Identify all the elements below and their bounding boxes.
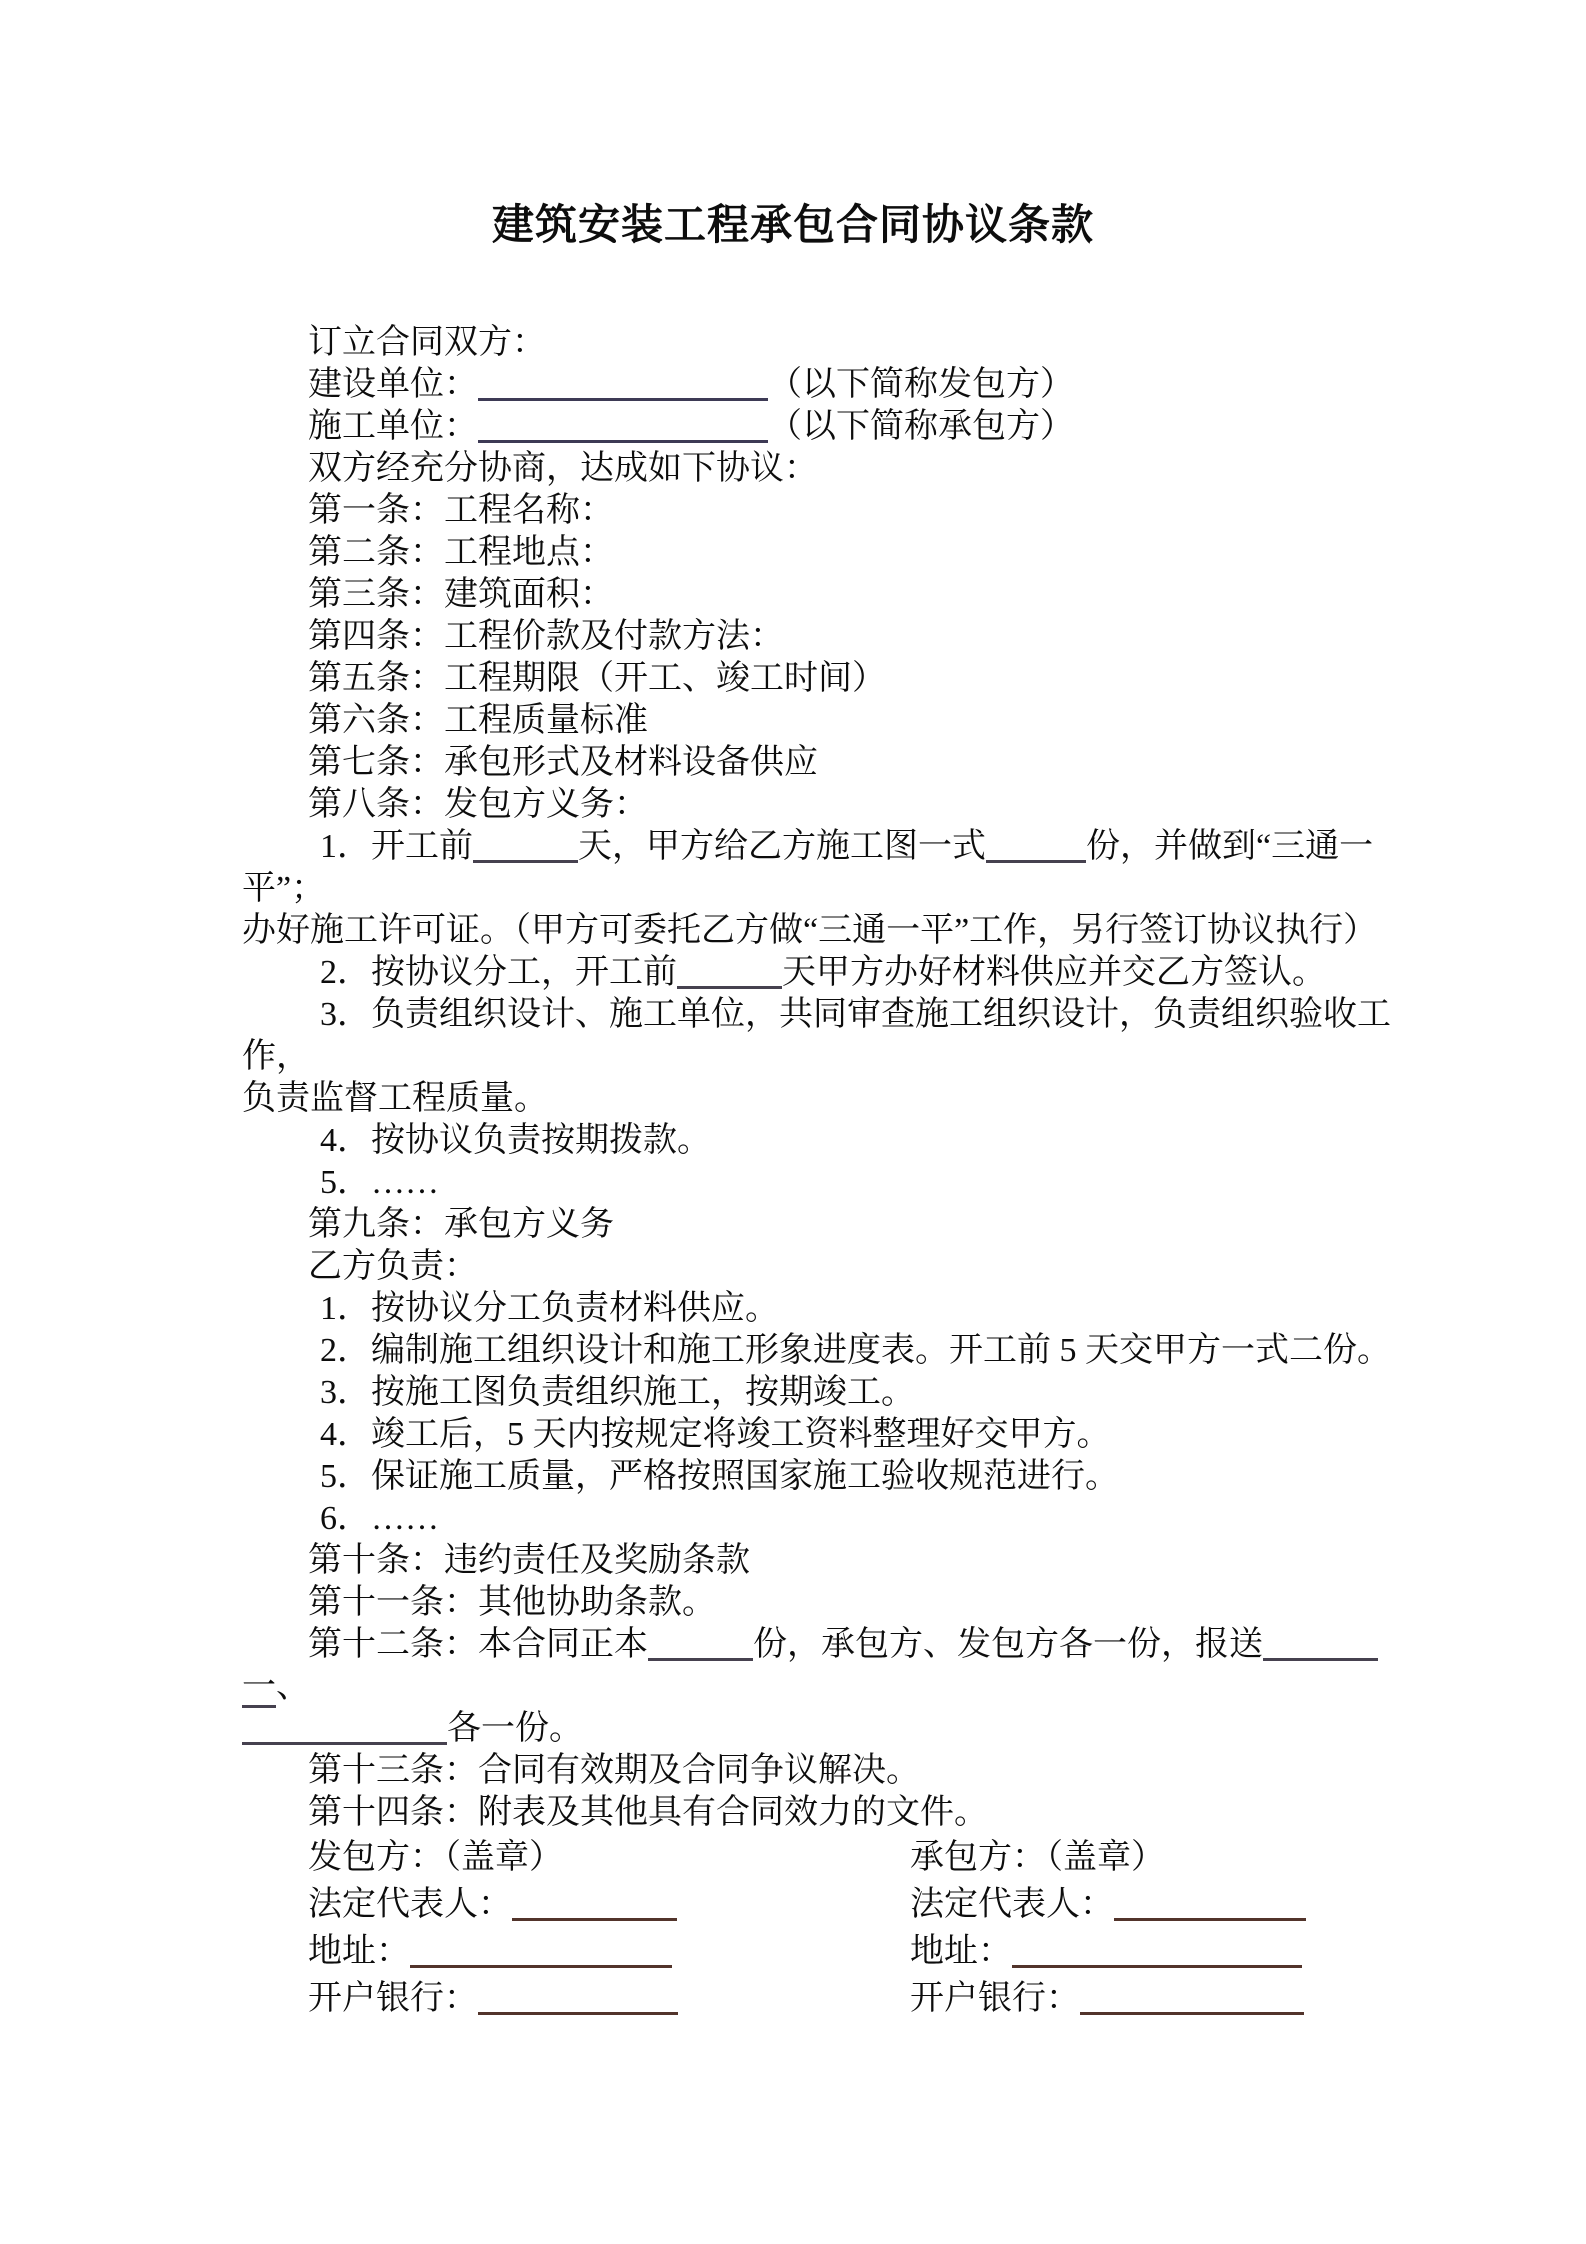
fill-in-blank — [478, 2012, 678, 2015]
fill-in-blank — [242, 1742, 447, 1745]
doc-line: 各一份。 — [242, 1708, 1572, 1750]
text-run: 第一条：工程名称： — [308, 492, 614, 529]
doc-line: 第一条：工程名称： — [242, 490, 1572, 532]
doc-line: 办好施工许可证。（甲方可委托乙方做“三通一平”工作，另行签订协议执行） — [242, 910, 1572, 952]
signature-left: 开户银行： — [242, 1975, 678, 2022]
doc-line: 4．按协议负责按期拨款。 — [242, 1120, 1572, 1162]
doc-line: 4．竣工后，5 天内按规定将竣工资料整理好交甲方。 — [242, 1414, 1572, 1456]
text-run: 双方经充分协商，达成如下协议： — [308, 450, 818, 487]
doc-line: 6．…… — [242, 1498, 1572, 1540]
doc-line: 第四条：工程价款及付款方法： — [242, 616, 1572, 658]
doc-line: 2．按协议分工，开工前天甲方办好材料供应并交乙方签认。 — [242, 952, 1572, 994]
text-run: 天甲方办好材料供应并交乙方签认。 — [782, 954, 1326, 991]
text-run: 5．…… — [320, 1164, 439, 1201]
signature-row: 开户银行：开户银行： — [242, 1975, 1572, 2022]
doc-line: 施工单位：（以下简称承包方） — [242, 406, 1572, 448]
text-run: 份，并做到“三通一 — [1086, 828, 1373, 865]
text-run: 平”； — [242, 870, 325, 907]
fill-in-blank — [1114, 1918, 1306, 1921]
text-run: 开户银行： — [910, 1980, 1080, 2017]
doc-line: 1．开工前天，甲方给乙方施工图一式份，并做到“三通一 — [242, 826, 1572, 868]
text-run: 各一份。 — [447, 1710, 583, 1747]
fill-in-blank — [648, 1658, 753, 1661]
fill-in-blank — [1012, 1965, 1302, 1968]
text-run: 负责监督工程质量。 — [242, 1080, 548, 1117]
text-run: 第十二条：本合同正本 — [308, 1626, 648, 1663]
text-run: 份，承包方、发包方各一份，报送 — [753, 1626, 1263, 1663]
signature-row: 地址：地址： — [242, 1928, 1572, 1975]
text-run: 2．按协议分工，开工前 — [320, 954, 677, 991]
doc-line: 第十一条：其他协助条款。 — [242, 1582, 1572, 1624]
underlined-text: 一 — [242, 1669, 276, 1708]
text-run: 作， — [242, 1038, 310, 1075]
text-run: 施工单位： — [308, 408, 478, 445]
doc-line: 平”； — [242, 868, 1572, 910]
text-run: 第三条：建筑面积： — [308, 576, 614, 613]
doc-line: 第三条：建筑面积： — [242, 574, 1572, 616]
text-run: 乙方负责： — [308, 1248, 478, 1285]
doc-line: 第十二条：本合同正本份，承包方、发包方各一份，报送 — [242, 1624, 1572, 1666]
text-run: 第九条：承包方义务 — [308, 1206, 614, 1243]
document-body: 订立合同双方：建设单位：（以下简称发包方）施工单位：（以下简称承包方）双方经充分… — [242, 322, 1572, 2022]
doc-line: 一、 — [242, 1666, 1572, 1708]
signature-row: 法定代表人：法定代表人： — [242, 1881, 1572, 1928]
text-run: 第二条：工程地点： — [308, 534, 614, 571]
fill-in-blank — [473, 860, 578, 863]
signature-left: 地址： — [242, 1928, 672, 1975]
text-run: 1．按协议分工负责材料供应。 — [320, 1290, 779, 1327]
signature-row: 发包方：（盖章）承包方：（盖章） — [242, 1834, 1572, 1881]
document-title: 建筑安装工程承包合同协议条款 — [0, 192, 1586, 252]
fill-in-blank — [478, 440, 768, 443]
doc-line: 第十条：违约责任及奖励条款 — [242, 1540, 1572, 1582]
doc-line: 第九条：承包方义务 — [242, 1204, 1572, 1246]
text-run: 开户银行： — [308, 1980, 478, 2017]
doc-line: 建设单位：（以下简称发包方） — [242, 364, 1572, 406]
text-run: 2．编制施工组织设计和施工形象进度表。开工前 5 天交甲方一式二份。 — [320, 1332, 1391, 1369]
text-run: （以下简称承包方） — [768, 408, 1074, 445]
text-run: 第五条：工程期限（开工、竣工时间） — [308, 660, 886, 697]
text-run: 法定代表人： — [910, 1886, 1114, 1923]
doc-line: 第七条：承包形式及材料设备供应 — [242, 742, 1572, 784]
fill-in-blank — [512, 1918, 677, 1921]
signature-right: 地址： — [910, 1928, 1302, 1975]
text-run: 第十条：违约责任及奖励条款 — [308, 1542, 750, 1579]
text-run: 第七条：承包形式及材料设备供应 — [308, 744, 818, 781]
signature-right: 开户银行： — [910, 1975, 1304, 2022]
doc-line: 第八条：发包方义务： — [242, 784, 1572, 826]
doc-line: 5．…… — [242, 1162, 1572, 1204]
text-run: 第四条：工程价款及付款方法： — [308, 618, 784, 655]
text-run: （以下简称发包方） — [768, 366, 1074, 403]
text-run: 5．保证施工质量，严格按照国家施工验收规范进行。 — [320, 1458, 1119, 1495]
text-run: 办好施工许可证。（甲方可委托乙方做“三通一平”工作，另行签订协议执行） — [242, 912, 1377, 949]
signature-left: 法定代表人： — [242, 1881, 677, 1928]
text-run: 地址： — [308, 1933, 410, 1970]
fill-in-blank — [1080, 2012, 1304, 2015]
text-run: 建设单位： — [308, 366, 478, 403]
text-run: 发包方：（盖章） — [308, 1839, 563, 1876]
doc-line: 第五条：工程期限（开工、竣工时间） — [242, 658, 1572, 700]
doc-line: 1．按协议分工负责材料供应。 — [242, 1288, 1572, 1330]
doc-line: 3．按施工图负责组织施工，按期竣工。 — [242, 1372, 1572, 1414]
text-run: 第十一条：其他协助条款。 — [308, 1584, 716, 1621]
doc-line: 5．保证施工质量，严格按照国家施工验收规范进行。 — [242, 1456, 1572, 1498]
text-run: 4．按协议负责按期拨款。 — [320, 1122, 711, 1159]
signature-right: 承包方：（盖章） — [910, 1834, 1165, 1881]
fill-in-blank — [478, 398, 768, 401]
doc-line: 3．负责组织设计、施工单位，共同审查施工组织设计，负责组织验收工 — [242, 994, 1572, 1036]
text-run: 3．按施工图负责组织施工，按期竣工。 — [320, 1374, 915, 1411]
doc-line: 2．编制施工组织设计和施工形象进度表。开工前 5 天交甲方一式二份。 — [242, 1330, 1572, 1372]
fill-in-blank — [1263, 1658, 1378, 1661]
doc-line: 双方经充分协商，达成如下协议： — [242, 448, 1572, 490]
text-run: 第十四条：附表及其他具有合同效力的文件。 — [308, 1794, 988, 1831]
text-run: 地址： — [910, 1933, 1012, 1970]
doc-line: 第十三条：合同有效期及合同争议解决。 — [242, 1750, 1572, 1792]
doc-line: 第十四条：附表及其他具有合同效力的文件。 — [242, 1792, 1572, 1834]
text-run: 、 — [276, 1668, 310, 1705]
text-run: 承包方：（盖章） — [910, 1839, 1165, 1876]
text-run: 第六条：工程质量标准 — [308, 702, 648, 739]
text-run: 法定代表人： — [308, 1886, 512, 1923]
text-run: 第十三条：合同有效期及合同争议解决。 — [308, 1752, 920, 1789]
text-run: 天，甲方给乙方施工图一式 — [578, 828, 986, 865]
text-run: 订立合同双方： — [308, 324, 546, 361]
fill-in-blank — [677, 986, 782, 989]
signature-right: 法定代表人： — [910, 1881, 1306, 1928]
text-run: 4．竣工后，5 天内按规定将竣工资料整理好交甲方。 — [320, 1416, 1111, 1453]
signature-left: 发包方：（盖章） — [242, 1834, 563, 1881]
doc-line: 作， — [242, 1036, 1572, 1078]
doc-line: 第二条：工程地点： — [242, 532, 1572, 574]
fill-in-blank — [410, 1965, 672, 1968]
doc-line: 订立合同双方： — [242, 322, 1572, 364]
doc-line: 第六条：工程质量标准 — [242, 700, 1572, 742]
text-run: 6．…… — [320, 1500, 439, 1537]
text-run: 1．开工前 — [320, 828, 473, 865]
doc-line: 乙方负责： — [242, 1246, 1572, 1288]
contract-document-page: 建筑安装工程承包合同协议条款 订立合同双方：建设单位：（以下简称发包方）施工单位… — [0, 0, 1586, 2244]
doc-line: 负责监督工程质量。 — [242, 1078, 1572, 1120]
fill-in-blank — [986, 860, 1086, 863]
text-run: 第八条：发包方义务： — [308, 786, 648, 823]
text-run: 3．负责组织设计、施工单位，共同审查施工组织设计，负责组织验收工 — [320, 996, 1391, 1033]
